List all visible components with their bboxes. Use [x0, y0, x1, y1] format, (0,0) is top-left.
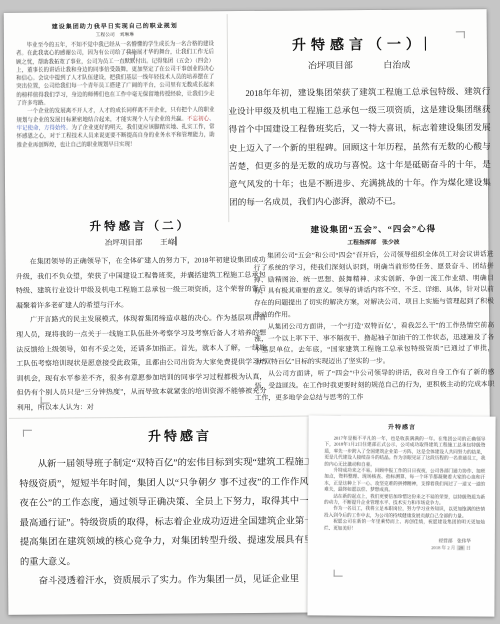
- text-boundary-mark-icon: [456, 31, 465, 38]
- article-xinde-title: 建设集团“五会”、“四会”心得: [253, 222, 493, 236]
- byline-name: 白治成: [383, 60, 410, 70]
- article-xinde-byline: 工程指挥部 张少波: [253, 236, 493, 247]
- date-line: 2018 年 2 月 28 日: [324, 544, 485, 551]
- article-ganyan-small: 升特感言 2017年是极不平凡的一年，也是收获满满的一年。在集团公司的正确领导下…: [308, 421, 496, 551]
- document-photo: 建设集团助力我早日实现自己的职业规划 工程公司 刘琳琳 毕业至今的五年，不知不觉…: [0, 0, 500, 624]
- text-boundary-mark-icon: [41, 397, 50, 404]
- text-boundary-mark-icon: [23, 430, 32, 437]
- article-career-byline: 工程公司 刘琳琳: [16, 30, 214, 39]
- article-ganyan-main: 升特感言 从新一届领导班子制定“双特百亿”的宏伟目标到实现“建筑工程施工总承包特…: [19, 424, 342, 592]
- date-prefix: 2018 年 2 月: [431, 545, 455, 550]
- paragraph: 集团公司“五会”和公司“四会”召开后，公司领导组织全体员工对会议讲话进行了系统的…: [254, 249, 495, 322]
- article-career-body: 毕业至今的五年，不知不觉中我已经从一名懵懂的学生成长为一名合格的建设者。在此我衷…: [16, 40, 215, 149]
- article-xinde: 建设集团“五会”、“四会”心得 工程指挥部 张少波 集团公司“五会”和公司“四会…: [253, 222, 494, 404]
- paragraph: 从公司方面讲，听了“四会”中公司领导的讲话，我对自身工作有了新的感悟，受益匪浅。…: [254, 367, 494, 404]
- date-day-field[interactable]: 28: [456, 545, 465, 550]
- article-xinde-body: 集团公司“五会”和公司“四会”召开后，公司领导组织全体员工对会议讲话进行了系统的…: [254, 249, 495, 404]
- paragraph: 2017年是极不平凡的一年，也是收获满满的一年。在集团公司的正确领导下，2018…: [324, 436, 485, 469]
- article-ganyan1-body: 2018年年初，建设集团荣获了建筑工程施工总承包特级、建筑行业设计甲级及机电工程…: [228, 82, 491, 211]
- article-ganyan1-byline: 冶坪项目部 白治成: [228, 57, 490, 72]
- article-ganyan-main-body: 从新一届领导班子制定“双特百亿”的宏伟目标到实现“建筑工程施工总承包特级资质”，…: [19, 453, 342, 592]
- article-ganyan-small-title: 升特感言: [309, 421, 496, 431]
- article-ganyan1: 升特感言（一） 冶坪项目部 白治成 2018年年初，建设集团荣获了建筑工程施工总…: [228, 33, 491, 211]
- paragraph: 毕业至今的五年，不知不觉中我已经从一名懵懂的学生成长为一名合格的建设者。在此我衷…: [16, 40, 215, 108]
- paragraph: 奋斗浸透着汗水，资质展示了实力。作为集团一员，见证企业里: [20, 570, 342, 592]
- article-ganyan2-byline: 冶坪项目部 王峰: [15, 236, 265, 249]
- text-boundary-mark-icon: [126, 52, 135, 59]
- article-career: 建设集团助力我早日实现自己的职业规划 工程公司 刘琳琳 毕业至今的五年，不知不觉…: [16, 20, 215, 149]
- paragraph: 升特成功来之不易。回顾申报工作的日日夜夜，公司各部门通力协作、加班加点，资料整理…: [324, 468, 485, 495]
- date-suffix: 日: [466, 545, 471, 550]
- text-cursor: [425, 37, 426, 51]
- text-boundary-mark-icon: [334, 570, 343, 577]
- paper-sheet-small: 升特感言 2017年是极不平凡的一年，也是收获满满的一年。在集团公司的正确领导下…: [307, 415, 495, 616]
- article-ganyan-small-body: 2017年是极不平凡的一年，也是收获满满的一年。在集团公司的正确领导下，2018…: [324, 436, 486, 552]
- article-career-title: 建设集团助力我早日实现自己的职业规划: [16, 20, 214, 31]
- page-seam-horizontal: [9, 415, 341, 419]
- byline-name: 王峰: [160, 238, 175, 247]
- paragraph: 祝愿公司在新的一年里乘势而上、再创佳绩，祝愿建设集团的明天更加灿烂、更加美好！: [324, 519, 485, 533]
- highlight-red-text: 不忘初心: [187, 116, 209, 122]
- byline-unit: 冶坪项目部: [308, 60, 353, 70]
- article-ganyan-main-title: 升特感言: [19, 424, 341, 446]
- byline-unit: 冶坪项目部: [105, 238, 143, 247]
- article-ganyan2: 升特感言（二） 冶坪项目部 王峰 在集团领导的正确领导下，在全体矿建人的努力下，…: [15, 217, 267, 415]
- paragraph: 2018年年初，建设集团荣获了建筑工程施工总承包特级、建筑行业设计甲级及机电工程…: [228, 82, 491, 211]
- text-cursor: [175, 237, 176, 246]
- title-text: 升特感言（一）: [292, 38, 425, 54]
- paragraph: 从新一届领导班子制定“双特百亿”的宏伟目标到实现“建筑工程施工总承包特级资质”，…: [19, 453, 342, 573]
- paragraph: 一个企业的发展离不开人才，人才的成长同样离不开企业，只有把个人的职业规划与企业的…: [16, 107, 214, 150]
- paragraph: 在集团领导的正确领导下，在全体矿建人的努力下，2018年初建设集团成功升级，我们…: [16, 253, 266, 313]
- article-ganyan1-title: 升特感言（一）: [228, 33, 490, 55]
- article-ganyan2-title: 升特感言（二）: [15, 217, 265, 235]
- article-ganyan2-body: 在集团领导的正确领导下，在全体矿建人的努力下，2018年初建设集团成功升级，我们…: [16, 253, 267, 415]
- paragraph: 从集团公司方面讲，一个“打造‘双特百亿’，看我怎么干”的工作热情空前高涨，一个以…: [254, 320, 494, 369]
- paragraph-text: 一个企业的发展离不开人才，人才的成长同样离不开企业，只有把个人的职业规划与企业的…: [16, 108, 214, 124]
- paragraph: 广开言路式的民主发展模式，体现着集团缔造卓越的决心。作为基层项目管理人员，现将我…: [16, 311, 267, 415]
